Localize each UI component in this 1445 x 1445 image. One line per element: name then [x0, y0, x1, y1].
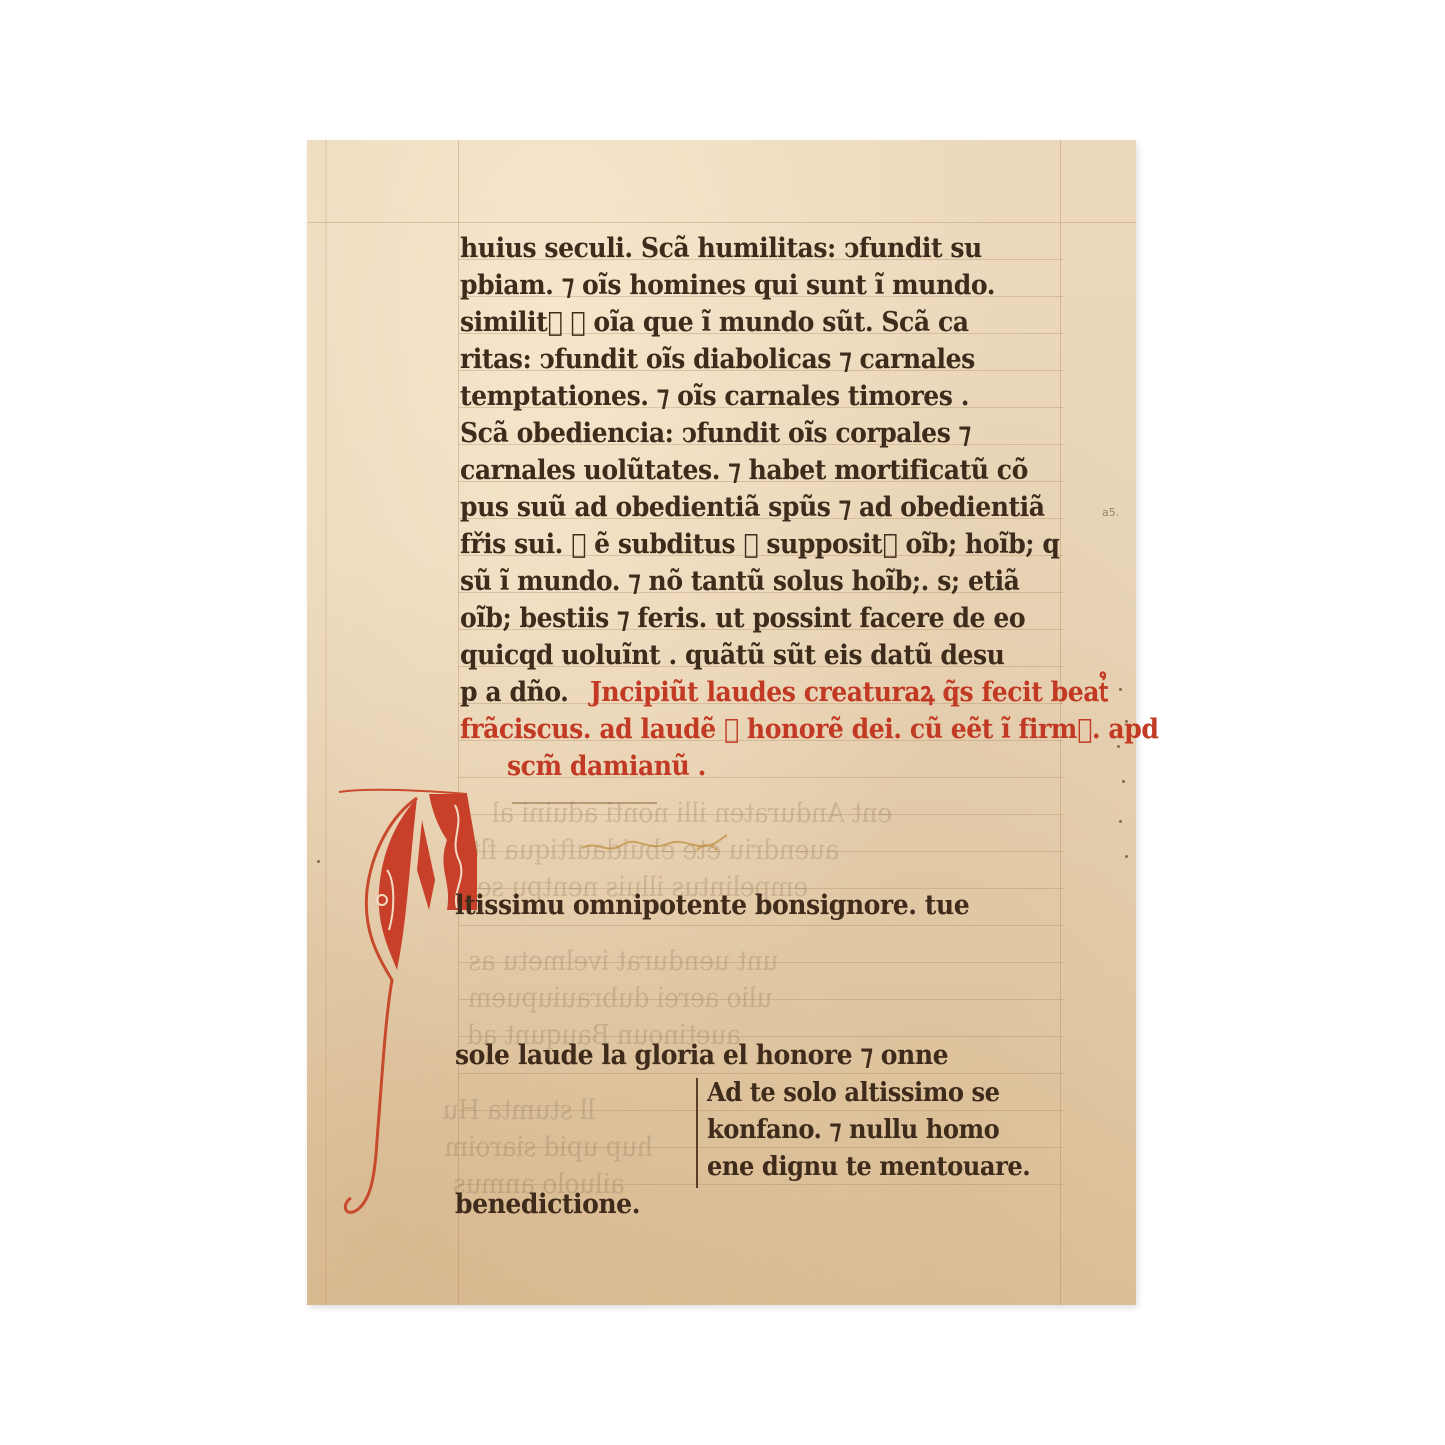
decorated-initial-a-icon	[337, 780, 477, 1230]
text-line: ritas: ↄfundit oĩs diabolicas ⁊ carnales	[460, 346, 975, 373]
text-line: similit᷑ ⁊ oĩa que ĩ mundo sũt. Scã ca	[460, 309, 969, 336]
margin-speck	[1117, 745, 1120, 748]
margin-speck	[317, 860, 320, 863]
text-line: huius seculi. Scã humilitas: ↄfundit su	[460, 235, 982, 262]
canticle-line: ene dignu te mentouare.	[707, 1154, 1030, 1180]
text-line: oĩb; bestiis ⁊ feris. ut possint facere …	[460, 605, 1025, 632]
rubric-heading: Jncipiũt laudes creaturaꝝ q̃s fecit beat…	[590, 679, 1108, 706]
margin-speck	[1122, 780, 1125, 783]
canticle-line: Ad te solo altissimo se	[707, 1080, 1000, 1106]
text-line: quicqd uoluĩnt . quãtũ sũt eis datũ desu	[460, 642, 1004, 669]
ruling-line	[307, 222, 1136, 223]
canticle-line: benedictione.	[455, 1191, 640, 1218]
show-through-text: ulio aerei dubrauiupuem	[468, 985, 772, 1012]
rubric-heading: scm̃ damianũ .	[507, 753, 706, 780]
text-line: sũ ĩ mundo. ⁊ nõ tantũ solus hoĩb;. s; e…	[460, 568, 1019, 595]
margin-note: a5.	[1102, 506, 1119, 519]
text-line: fřis sui. ⁊ ẽ subditus ⁊ supposit᷒ oĩb; …	[460, 531, 1059, 558]
margin-speck	[1119, 820, 1122, 823]
text-line: Scã obediencia: ↄfundit oĩs corpales ⁊	[460, 420, 971, 447]
show-through-text: ent Anduraten illi nonti aduini al	[492, 800, 892, 827]
text-line: p a dño.	[460, 679, 568, 706]
canticle-line: ltissimu omnipotente bonsignore. tue	[455, 892, 969, 919]
text-line: temptationes. ⁊ oĩs carnales timores .	[460, 383, 969, 410]
page-fold	[325, 140, 327, 1305]
text-line: carnales uolũtates. ⁊ habet mortificatũ …	[460, 457, 1028, 484]
margin-speck	[1119, 688, 1122, 691]
show-through-text: unt uendurat ivelmetu as	[469, 948, 779, 975]
ruling-line	[458, 1073, 1063, 1074]
column-divider	[696, 1078, 698, 1188]
ruling-line	[458, 925, 1063, 926]
pen-trial-scribble	[577, 830, 777, 860]
canticle-line: sole laude la gloria el honore ⁊ onne	[455, 1042, 948, 1069]
margin-speck	[1125, 855, 1128, 858]
text-line: pus suũ ad obedientiã spũs ⁊ ad obedient…	[460, 494, 1045, 521]
text-line: pbiam. ⁊ oĩs homines qui sunt ĩ mundo.	[460, 272, 995, 299]
canticle-line: konfano. ⁊ nullu homo	[707, 1117, 999, 1143]
rubric-heading: frãciscus. ad laudẽ ⁊ honorẽ dei. cũ eẽt…	[460, 716, 1158, 743]
underline-flourish	[512, 802, 657, 804]
manuscript-page: ent Anduraten illi nonti aduini al auend…	[307, 140, 1136, 1305]
margin-speck	[1125, 720, 1128, 723]
